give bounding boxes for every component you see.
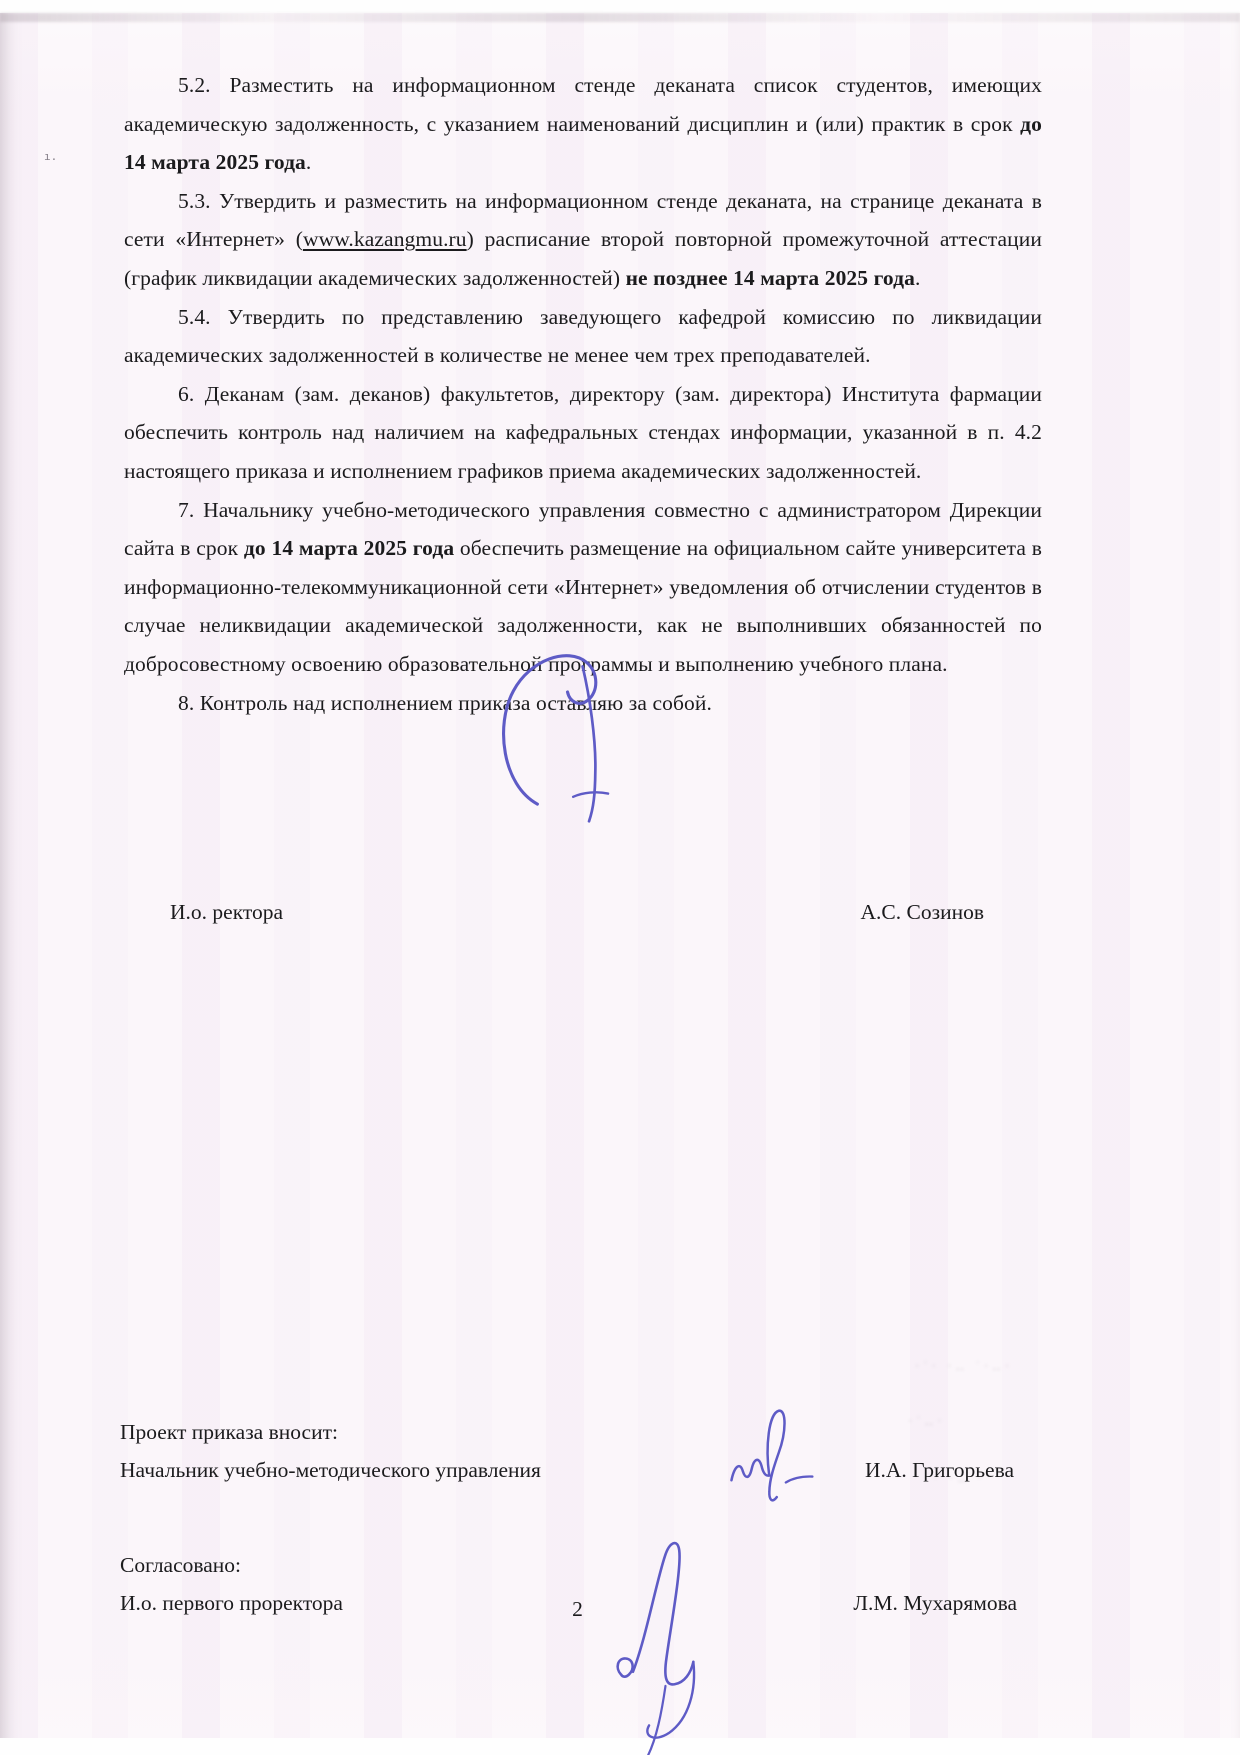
executive-role: И.о. ректора — [124, 893, 283, 931]
paragraph-text: 5.2. Разместить на информационном стенде… — [124, 73, 1042, 136]
bleed-through-artifact: ·˙· ·‥ ˙·‥· — [915, 1358, 1055, 1374]
bold-deadline-text: до 14 марта 2025 года — [244, 536, 454, 560]
paragraph-text: . — [915, 266, 920, 290]
paragraph-text: 5.4. Утвердить по представлению заведующ… — [124, 305, 1042, 368]
scan-speck: ı. — [44, 150, 57, 163]
scanned-page: ı. 5.2. Разместить на информационном сте… — [0, 0, 1240, 1755]
paragraph: 5.3. Утвердить и разместить на информаци… — [124, 182, 1042, 298]
submitter-role: Начальник учебно-методического управлени… — [120, 1452, 541, 1490]
executive-signature-row: И.о. ректора А.С. Созинов — [124, 893, 1042, 931]
submitter-row: Начальник учебно-методического управлени… — [120, 1452, 1042, 1490]
paragraph: 5.4. Утвердить по представлению заведующ… — [124, 298, 1042, 375]
agreed-label: Согласовано: — [120, 1547, 1042, 1585]
approver-signature-ink — [600, 1526, 738, 1755]
executive-name: А.С. Созинов — [861, 893, 1043, 931]
paragraph: 5.2. Разместить на информационном стенде… — [124, 66, 1042, 182]
paragraph-text: . — [306, 150, 311, 174]
kazangmu-link[interactable]: www.kazangmu.ru — [303, 227, 467, 251]
bold-deadline-text: не позднее 14 марта 2025 года — [626, 266, 915, 290]
page-number: 2 — [0, 1597, 1155, 1622]
submits-label: Проект приказа вносит: — [120, 1414, 1042, 1452]
paragraph-text: 6. Деканам (зам. деканов) факультетов, д… — [124, 382, 1042, 483]
rector-signature-ink — [494, 643, 640, 828]
submitter-signature-ink — [718, 1401, 835, 1513]
scan-edge-top — [0, 0, 1240, 13]
scan-shadow-top — [0, 13, 1240, 22]
paragraph: 6. Деканам (зам. деканов) факультетов, д… — [124, 375, 1042, 491]
approval-block: Проект приказа вносит: Начальник учебно-… — [120, 1414, 1042, 1622]
order-body: 5.2. Разместить на информационном стенде… — [124, 66, 1042, 722]
submitter-name: И.А. Григорьева — [865, 1452, 1042, 1490]
